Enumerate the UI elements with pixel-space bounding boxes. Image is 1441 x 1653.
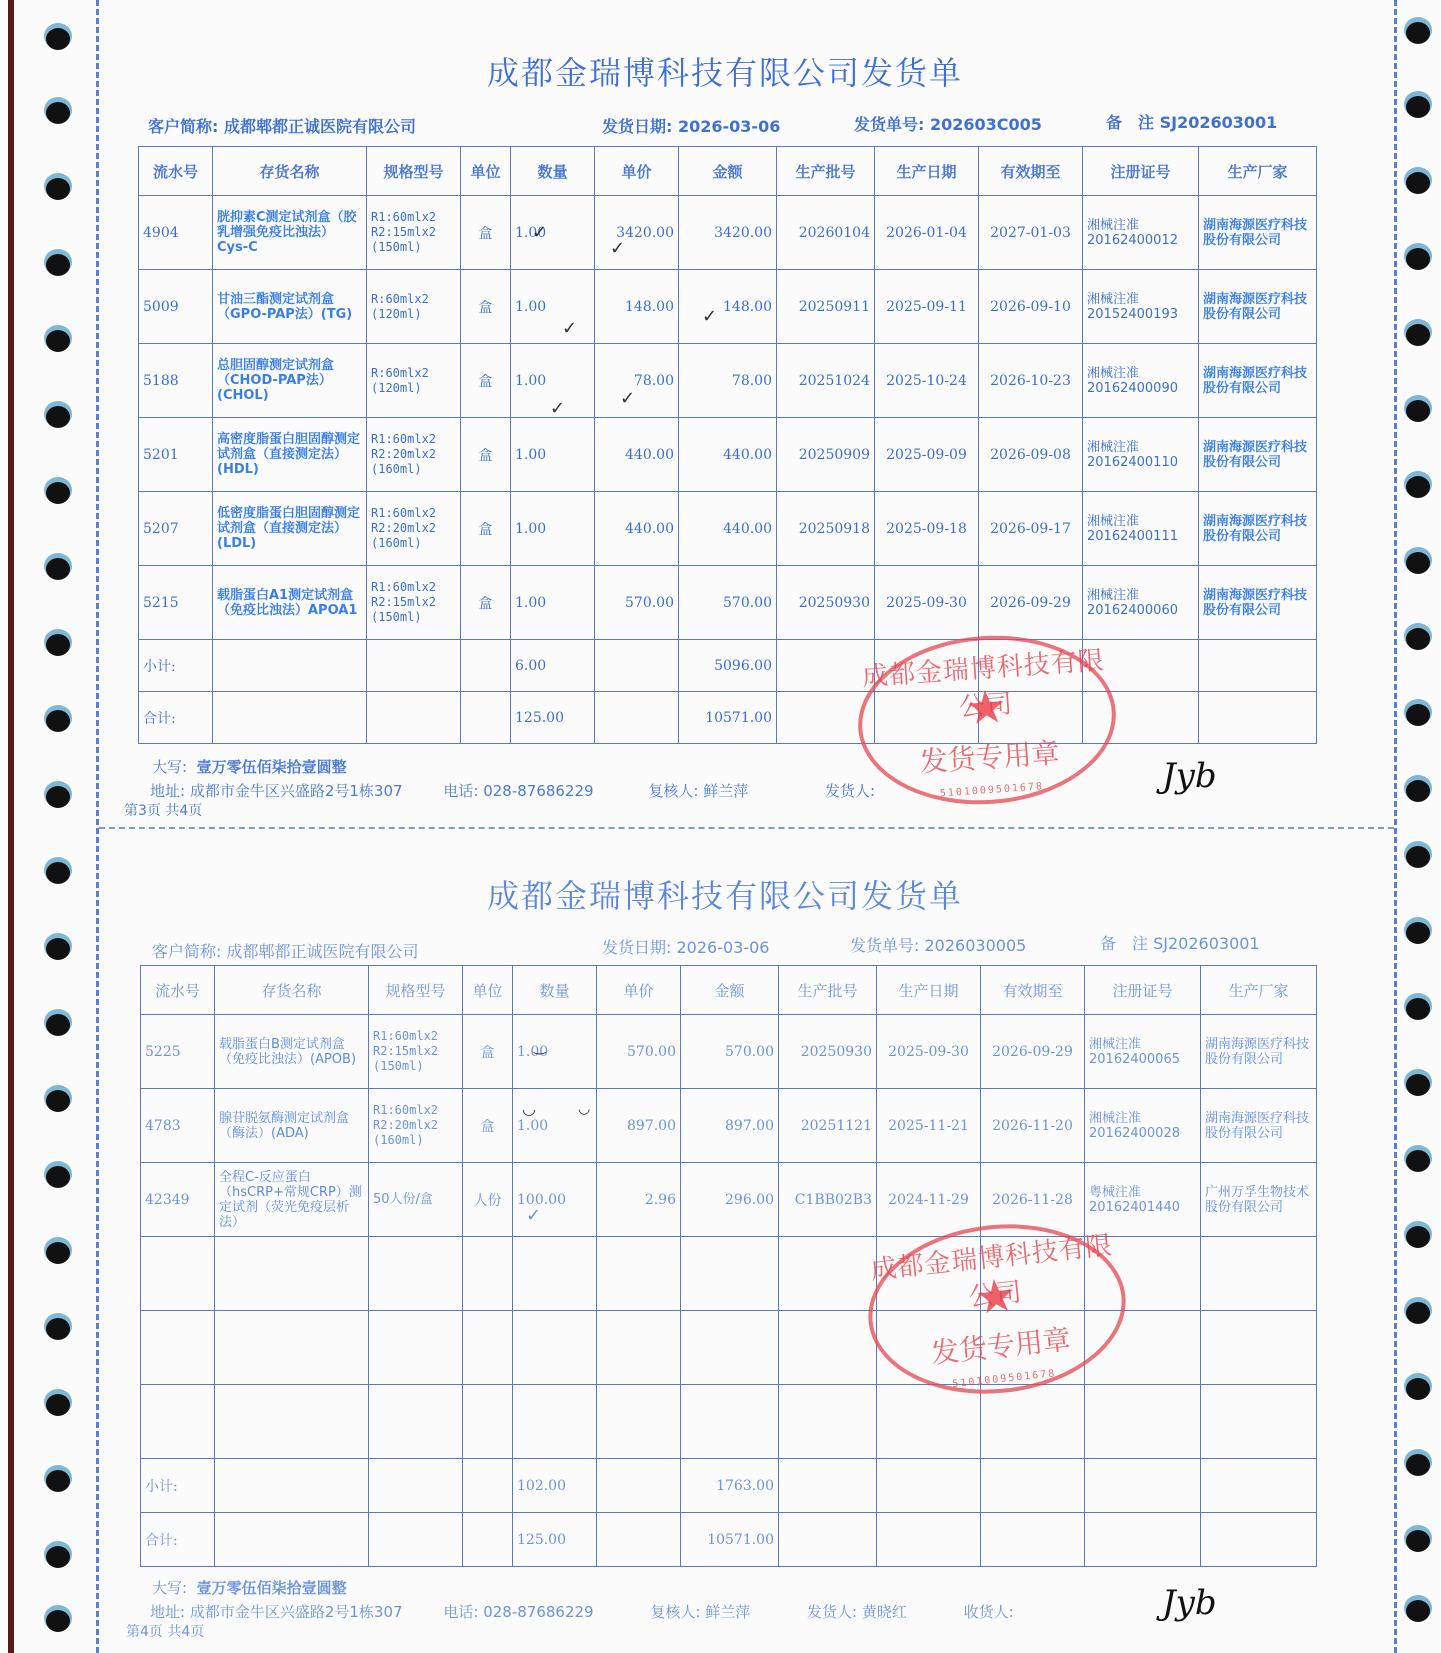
cell-manufacturer: 湖南海源医疗科技股份有限公司 — [1199, 270, 1317, 344]
col-reg-no: 注册证号 — [1083, 147, 1199, 196]
page-indicator: 第4页 共4页 — [126, 1621, 204, 1641]
cell-manufacturer: 湖南海源医疗科技股份有限公司 — [1199, 566, 1317, 640]
cell-mfg-date: 2025-09-11 — [875, 270, 979, 344]
table-row: 4783 腺苷脱氨酶测定试剂盒（酶法）(ADA) R1:60mlx2 R2:20… — [141, 1089, 1317, 1163]
tractor-hole — [46, 178, 70, 200]
cell-spec: R1:60mlx2 R2:15mlx2 (150ml) — [369, 1015, 463, 1089]
cell-manufacturer: 湖南海源医疗科技股份有限公司 — [1199, 344, 1317, 418]
tractor-hole — [46, 862, 70, 884]
tractor-hole — [46, 102, 70, 124]
col-mfg-date: 生产日期 — [877, 966, 981, 1015]
col-unit: 单位 — [461, 147, 511, 196]
handwritten-check-mark: ✓ — [532, 222, 547, 243]
cell-reg-no: 湘械注准 20162400090 — [1083, 344, 1199, 418]
info-line: 地址: 成都市金牛区兴盛路2号1栋307 电话: 028-87686229 复核… — [150, 780, 875, 801]
cell-qty: 1.00 — [511, 196, 595, 270]
tractor-hole — [46, 1394, 70, 1416]
total-amount: 10571.00 — [679, 692, 777, 744]
remark-field: 备 注 SJ202603001 — [1100, 931, 1260, 954]
cell-amount: 3420.00 — [679, 196, 777, 270]
tractor-hole — [1406, 1600, 1430, 1622]
tractor-hole — [46, 1546, 70, 1568]
order-number-field: 发货单号: 202603C005 — [854, 112, 1042, 135]
table-row: 5215 载脂蛋白A1测定试剂盒（免疫比浊法）APOA1 R1:60mlx2 R… — [139, 566, 1317, 640]
ship-date-field: 发货日期: 2026-03-06 — [602, 114, 780, 137]
customer-field: 客户简称: 成都郫都正诚医院有限公司 — [148, 114, 416, 137]
table-row: 4904 胱抑素C测定试剂盒（胶乳增强免疫比浊法）Cys-C R1:60mlx2… — [139, 196, 1317, 270]
document-title: 成都金瑞博科技有限公司发货单 — [130, 871, 1320, 917]
col-serial: 流水号 — [141, 966, 215, 1015]
col-expiry: 有效期至 — [979, 147, 1083, 196]
cell-unit: 盒 — [463, 1015, 513, 1089]
cell-spec: R:60mlx2 (120ml) — [367, 344, 461, 418]
cell-price: 440.00 — [595, 418, 679, 492]
cell-expiry: 2026-10-23 — [979, 344, 1083, 418]
subtotal-amount: 5096.00 — [679, 640, 777, 692]
tractor-hole — [46, 1470, 70, 1492]
cell-amount: 570.00 — [681, 1015, 779, 1089]
phone-label: 电话: — [443, 1603, 478, 1621]
col-price: 单价 — [595, 147, 679, 196]
cell-batch: 20251121 — [779, 1089, 877, 1163]
cell-batch: 20250911 — [777, 270, 875, 344]
cell-reg-no: 湘械注准 20162400012 — [1083, 196, 1199, 270]
tractor-hole — [46, 28, 70, 50]
cell-item-name: 高密度脂蛋白胆固醇测定试剂盒（直接测定法）(HDL) — [213, 418, 367, 492]
remark-label: 备 注 — [1106, 113, 1154, 132]
col-spec: 规格型号 — [367, 147, 461, 196]
tractor-hole — [1406, 998, 1430, 1020]
handwritten-check-mark: ✓ — [610, 238, 625, 259]
cell-spec: R1:60mlx2 R2:20mlx2 (160ml) — [369, 1089, 463, 1163]
tractor-hole — [1406, 704, 1430, 726]
handwritten-check-mark: ‿ — [534, 1039, 545, 1055]
tractor-hole — [1406, 1074, 1430, 1096]
tractor-hole — [46, 1090, 70, 1112]
cell-batch: C1BB02B3 — [779, 1163, 877, 1237]
cell-item-name: 腺苷脱氨酶测定试剂盒（酶法）(ADA) — [215, 1089, 369, 1163]
subtotal-label: 小计: — [141, 1459, 215, 1513]
total-row: 合计: 125.00 10571.00 — [141, 1513, 1317, 1567]
cell-price: 570.00 — [595, 566, 679, 640]
cell-serial: 5201 — [139, 418, 213, 492]
cell-amount: 440.00 — [679, 492, 777, 566]
cell-item-name: 甘油三酯测定试剂盒（GPO-PAP法）(TG) — [213, 270, 367, 344]
cell-mfg-date: 2025-10-24 — [875, 344, 979, 418]
reviewer-value: 鲜兰萍 — [703, 782, 748, 800]
cell-manufacturer: 湖南海源医疗科技股份有限公司 — [1201, 1015, 1317, 1089]
total-amount: 10571.00 — [681, 1513, 779, 1567]
tractor-hole — [46, 254, 70, 276]
tractor-hole — [1406, 172, 1430, 194]
total-qty: 125.00 — [511, 692, 595, 744]
capital-label: 大写: — [152, 1579, 187, 1597]
cell-unit: 盒 — [461, 344, 511, 418]
ship-date-field: 发货日期: 2026-03-06 — [602, 935, 769, 958]
cell-batch: 20250909 — [777, 418, 875, 492]
tractor-hole — [1406, 846, 1430, 868]
tractor-hole — [1406, 780, 1430, 802]
col-manufacturer: 生产厂家 — [1201, 966, 1317, 1015]
cell-spec: 50人份/盒 — [369, 1163, 463, 1237]
empty-row — [141, 1311, 1317, 1385]
tractor-hole — [46, 786, 70, 808]
cell-amount: 570.00 — [679, 566, 777, 640]
cell-qty: 1.00 — [513, 1015, 597, 1089]
handwritten-check-mark: ✓ — [526, 1205, 541, 1226]
tractor-hole — [46, 1610, 70, 1632]
shipper-label: 发货人: — [825, 782, 875, 800]
handwritten-check-mark: ✓ — [562, 318, 577, 339]
items-table: 流水号 存货名称 规格型号 单位 数量 单价 金额 生产批号 生产日期 有效期至… — [138, 146, 1317, 744]
table-row: 5225 载脂蛋白B测定试剂盒（免疫比浊法）(APOB) R1:60mlx2 R… — [141, 1015, 1317, 1089]
col-unit: 单位 — [463, 966, 513, 1015]
cell-manufacturer: 湖南海源医疗科技股份有限公司 — [1199, 492, 1317, 566]
tractor-hole — [46, 330, 70, 352]
cell-amount: 148.00 — [679, 270, 777, 344]
address-value: 成都市金牛区兴盛路2号1栋307 — [190, 1603, 403, 1621]
cell-spec: R1:60mlx2 R2:15mlx2 (150ml) — [367, 196, 461, 270]
tractor-hole — [46, 406, 70, 428]
col-batch: 生产批号 — [779, 966, 877, 1015]
tractor-hole — [46, 634, 70, 656]
cell-manufacturer: 湖南海源医疗科技股份有限公司 — [1199, 418, 1317, 492]
cell-batch: 20250930 — [777, 566, 875, 640]
cell-mfg-date: 2025-09-18 — [875, 492, 979, 566]
capital-amount: 壹万零伍佰柒拾壹圆整 — [197, 758, 347, 776]
phone-label: 电话: — [443, 782, 478, 800]
cell-item-name: 总胆固醇测定试剂盒（CHOD-PAP法）(CHOL) — [213, 344, 367, 418]
cell-serial: 5207 — [139, 492, 213, 566]
delivery-sheet-page-3: 成都金瑞博科技有限公司发货单 客户简称: 成都郫都正诚医院有限公司 发货日期: … — [130, 0, 1320, 827]
remark-field: 备 注 SJ202603001 — [1106, 110, 1277, 133]
cell-serial: 5225 — [141, 1015, 215, 1089]
customer-label: 客户简称: — [152, 942, 221, 961]
cell-spec: R1:60mlx2 R2:15mlx2 (150ml) — [367, 566, 461, 640]
col-amount: 金额 — [681, 966, 779, 1015]
customer-value: 成都郫都正诚医院有限公司 — [227, 942, 419, 961]
col-expiry: 有效期至 — [981, 966, 1085, 1015]
cell-expiry: 2026-09-08 — [979, 418, 1083, 492]
cell-price: 78.00 — [595, 344, 679, 418]
tractor-hole — [1406, 922, 1430, 944]
order-number-label: 发货单号: — [850, 936, 919, 955]
customer-field: 客户简称: 成都郫都正诚医院有限公司 — [152, 939, 419, 962]
cell-reg-no: 湘械注准 20162400110 — [1083, 418, 1199, 492]
cell-amount: 440.00 — [679, 418, 777, 492]
cell-serial: 5009 — [139, 270, 213, 344]
tractor-hole — [1406, 1302, 1430, 1324]
tractor-hole — [46, 1242, 70, 1264]
table-row: 5009 甘油三酯测定试剂盒（GPO-PAP法）(TG) R:60mlx2 (1… — [139, 270, 1317, 344]
info-line: 地址: 成都市金牛区兴盛路2号1栋307 电话: 028-87686229 复核… — [150, 1601, 1014, 1622]
cell-reg-no: 湘械注准 20162400028 — [1085, 1089, 1201, 1163]
cell-expiry: 2026-09-29 — [981, 1015, 1085, 1089]
cell-price: 3420.00 — [595, 196, 679, 270]
right-perforation — [1394, 0, 1407, 1653]
cell-unit: 盒 — [461, 270, 511, 344]
cell-unit: 盒 — [461, 566, 511, 640]
tractor-hole — [1406, 22, 1430, 44]
delivery-sheet-page-4: 成都金瑞博科技有限公司发货单 客户简称: 成都郫都正诚医院有限公司 发货日期: … — [130, 827, 1320, 1653]
col-item-name: 存货名称 — [213, 147, 367, 196]
table-row: 5207 低密度脂蛋白胆固醇测定试剂盒（直接测定法）(LDL) R1:60mlx… — [139, 492, 1317, 566]
tractor-hole — [1406, 1226, 1430, 1248]
cell-mfg-date: 2025-11-21 — [877, 1089, 981, 1163]
cell-amount: 897.00 — [681, 1089, 779, 1163]
col-qty: 数量 — [511, 147, 595, 196]
total-qty: 125.00 — [513, 1513, 597, 1567]
ship-date-value: 2026-03-06 — [678, 117, 780, 136]
cell-price: 440.00 — [595, 492, 679, 566]
tractor-hole — [1406, 552, 1430, 574]
handwritten-check-mark: ✓ — [702, 306, 717, 327]
table-header-row: 流水号 存货名称 规格型号 单位 数量 单价 金额 生产批号 生产日期 有效期至… — [141, 966, 1317, 1015]
tractor-hole — [1406, 1530, 1430, 1552]
subtotal-qty: 102.00 — [513, 1459, 597, 1513]
total-label: 合计: — [141, 1513, 215, 1567]
cell-serial: 4783 — [141, 1089, 215, 1163]
col-reg-no: 注册证号 — [1085, 966, 1201, 1015]
col-spec: 规格型号 — [369, 966, 463, 1015]
order-number-field: 发货单号: 2026030005 — [850, 933, 1026, 956]
handwritten-check-mark: ◡ — [522, 1099, 536, 1118]
tractor-hole — [46, 1014, 70, 1036]
cell-item-name: 全程C-反应蛋白（hsCRP+常规CRP）测定试剂（荧光免疫层析法） — [215, 1163, 369, 1237]
cell-qty: 1.00 — [511, 270, 595, 344]
cell-price: 897.00 — [597, 1089, 681, 1163]
capital-label: 大写: — [152, 758, 187, 776]
customer-label: 客户简称: — [148, 117, 218, 136]
cell-price: 2.96 — [597, 1163, 681, 1237]
col-qty: 数量 — [513, 966, 597, 1015]
cell-manufacturer: 湖南海源医疗科技股份有限公司 — [1201, 1089, 1317, 1163]
capital-amount: 壹万零伍佰柒拾壹圆整 — [197, 1579, 347, 1597]
cell-spec: R:60mlx2 (120ml) — [367, 270, 461, 344]
cell-mfg-date: 2026-01-04 — [875, 196, 979, 270]
company-seal-stamp: 成都金瑞博科技有限公司 ★ 发货专用章 5101009501678 — [852, 627, 1121, 813]
items-table: 流水号 存货名称 规格型号 单位 数量 单价 金额 生产批号 生产日期 有效期至… — [140, 965, 1317, 1567]
tractor-hole — [1406, 96, 1430, 118]
cell-item-name: 载脂蛋白B测定试剂盒（免疫比浊法）(APOB) — [215, 1015, 369, 1089]
col-item-name: 存货名称 — [215, 966, 369, 1015]
cell-manufacturer: 湖南海源医疗科技股份有限公司 — [1199, 196, 1317, 270]
cell-price: 570.00 — [597, 1015, 681, 1089]
cell-qty: 1.00 — [511, 492, 595, 566]
subtotal-qty: 6.00 — [511, 640, 595, 692]
col-mfg-date: 生产日期 — [875, 147, 979, 196]
cell-serial: 4904 — [139, 196, 213, 270]
phone-value: 028-87686229 — [483, 1603, 593, 1621]
cell-spec: R1:60mlx2 R2:20mlx2 (160ml) — [367, 418, 461, 492]
tractor-hole — [1406, 476, 1430, 498]
cell-reg-no: 湘械注准 20152400193 — [1083, 270, 1199, 344]
remark-label: 备 注 — [1100, 934, 1148, 953]
tractor-hole — [46, 1166, 70, 1188]
tractor-hole — [1406, 324, 1430, 346]
receiver-signature: Jyb — [1162, 756, 1217, 796]
order-number-label: 发货单号: — [854, 115, 924, 134]
cell-expiry: 2026-09-10 — [979, 270, 1083, 344]
ship-date-value: 2026-03-06 — [677, 938, 770, 957]
tractor-hole — [1406, 248, 1430, 270]
cell-item-name: 低密度脂蛋白胆固醇测定试剂盒（直接测定法）(LDL) — [213, 492, 367, 566]
table-row: 42349 全程C-反应蛋白（hsCRP+常规CRP）测定试剂（荧光免疫层析法）… — [141, 1163, 1317, 1237]
tractor-hole — [46, 558, 70, 580]
ship-date-label: 发货日期: — [602, 117, 672, 136]
cell-reg-no: 湘械注准 20162400065 — [1085, 1015, 1201, 1089]
cell-batch: 20260104 — [777, 196, 875, 270]
cell-batch: 20250930 — [779, 1015, 877, 1089]
col-serial: 流水号 — [139, 147, 213, 196]
handwritten-check-mark: ◡ — [578, 1101, 590, 1117]
tractor-hole — [1406, 628, 1430, 650]
reviewer-label: 复核人: — [648, 782, 698, 800]
cell-reg-no: 湘械注准 20162400060 — [1083, 566, 1199, 640]
tractor-hole — [1406, 1378, 1430, 1400]
col-amount: 金额 — [679, 147, 777, 196]
cell-amount: 78.00 — [679, 344, 777, 418]
table-header-row: 流水号 存货名称 规格型号 单位 数量 单价 金额 生产批号 生产日期 有效期至… — [139, 147, 1317, 196]
cell-unit: 盒 — [461, 196, 511, 270]
address-label: 地址: — [150, 782, 185, 800]
cell-reg-no: 湘械注准 20162400111 — [1083, 492, 1199, 566]
tractor-hole — [46, 1318, 70, 1340]
cell-qty: 1.00 — [511, 418, 595, 492]
shipper-value: 黄晓红 — [862, 1603, 907, 1621]
cell-mfg-date: 2025-09-30 — [875, 566, 979, 640]
cell-batch: 20250918 — [777, 492, 875, 566]
table-row: 5201 高密度脂蛋白胆固醇测定试剂盒（直接测定法）(HDL) R1:60mlx… — [139, 418, 1317, 492]
reviewer-value: 鲜兰萍 — [705, 1603, 750, 1621]
cell-amount: 296.00 — [681, 1163, 779, 1237]
table-row: 5188 总胆固醇测定试剂盒（CHOD-PAP法）(CHOL) R:60mlx2… — [139, 344, 1317, 418]
receiver-label: 收货人: — [964, 1603, 1014, 1621]
document-title: 成都金瑞博科技有限公司发货单 — [130, 48, 1320, 94]
col-batch: 生产批号 — [777, 147, 875, 196]
cell-serial: 42349 — [141, 1163, 215, 1237]
capital-amount-line: 大写: 壹万零伍佰柒拾壹圆整 — [152, 756, 347, 777]
cell-qty: 1.00 — [511, 566, 595, 640]
cell-mfg-date: 2024-11-29 — [877, 1163, 981, 1237]
customer-value: 成都郫都正诚医院有限公司 — [224, 117, 416, 136]
empty-row — [141, 1237, 1317, 1311]
cell-manufacturer: 广州万孚生物技术股份有限公司 — [1201, 1163, 1317, 1237]
tractor-hole — [1406, 1454, 1430, 1476]
address-value: 成都市金牛区兴盛路2号1栋307 — [190, 782, 403, 800]
cell-item-name: 胱抑素C测定试剂盒（胶乳增强免疫比浊法）Cys-C — [213, 196, 367, 270]
tractor-hole — [46, 482, 70, 504]
receiver-signature: Jyb — [1162, 1583, 1217, 1623]
cell-unit: 盒 — [463, 1089, 513, 1163]
subtotal-row: 小计: 102.00 1763.00 — [141, 1459, 1317, 1513]
subtotal-label: 小计: — [139, 640, 213, 692]
cell-spec: R1:60mlx2 R2:20mlx2 (160ml) — [367, 492, 461, 566]
handwritten-check-mark: ✓ — [550, 398, 565, 419]
page-indicator: 第3页 共4页 — [124, 800, 202, 820]
cell-expiry: 2027-01-03 — [979, 196, 1083, 270]
cell-expiry: 2026-09-17 — [979, 492, 1083, 566]
order-number-value: 202603C005 — [930, 115, 1042, 134]
subtotal-amount: 1763.00 — [681, 1459, 779, 1513]
cell-unit: 人份 — [463, 1163, 513, 1237]
tractor-hole — [1406, 1150, 1430, 1172]
remark-value: SJ202603001 — [1160, 113, 1278, 132]
shipper-label: 发货人: — [807, 1603, 857, 1621]
handwritten-check-mark: ✓ — [620, 388, 635, 409]
reviewer-label: 复核人: — [650, 1603, 700, 1621]
ship-date-label: 发货日期: — [602, 938, 671, 957]
capital-amount-line: 大写: 壹万零伍佰柒拾壹圆整 — [152, 1577, 347, 1598]
address-label: 地址: — [150, 1603, 185, 1621]
cell-mfg-date: 2025-09-30 — [877, 1015, 981, 1089]
cell-expiry: 2026-09-29 — [979, 566, 1083, 640]
order-number-value: 2026030005 — [925, 936, 1027, 955]
tractor-hole — [46, 938, 70, 960]
cell-mfg-date: 2025-09-09 — [875, 418, 979, 492]
cell-price: 148.00 — [595, 270, 679, 344]
phone-value: 028-87686229 — [483, 782, 593, 800]
tractor-hole — [1406, 400, 1430, 422]
tractor-hole — [46, 710, 70, 732]
cell-serial: 5188 — [139, 344, 213, 418]
remark-value: SJ202603001 — [1153, 934, 1260, 953]
col-price: 单价 — [597, 966, 681, 1015]
cell-unit: 盒 — [461, 492, 511, 566]
col-manufacturer: 生产厂家 — [1199, 147, 1317, 196]
empty-row — [141, 1385, 1317, 1459]
cell-expiry: 2026-11-20 — [981, 1089, 1085, 1163]
cell-item-name: 载脂蛋白A1测定试剂盒（免疫比浊法）APOA1 — [213, 566, 367, 640]
cell-batch: 20251024 — [777, 344, 875, 418]
total-row: 合计: 125.00 10571.00 — [139, 692, 1317, 744]
subtotal-row: 小计: 6.00 5096.00 — [139, 640, 1317, 692]
cell-unit: 盒 — [461, 418, 511, 492]
cell-serial: 5215 — [139, 566, 213, 640]
total-label: 合计: — [139, 692, 213, 744]
